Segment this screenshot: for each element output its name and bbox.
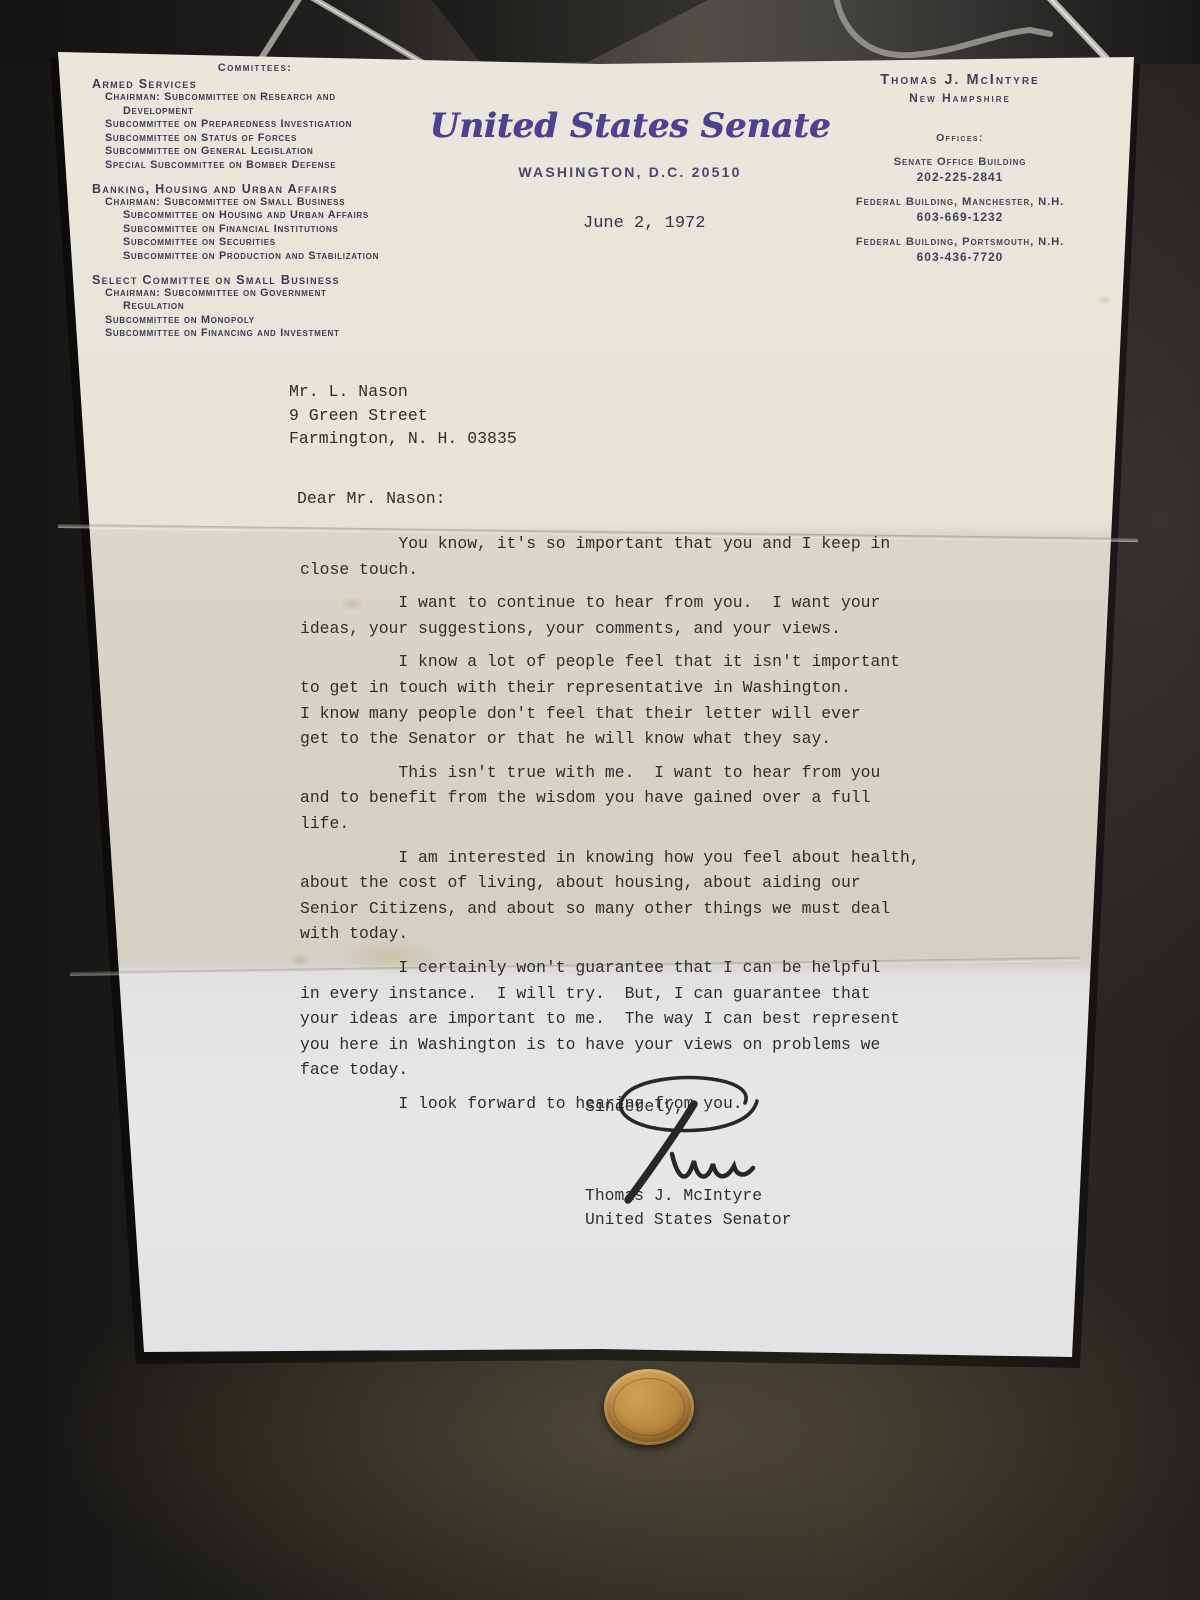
paragraph: I know a lot of people feel that it isn'… <box>300 649 944 751</box>
committee-group-title: Select Committee on Small Business <box>92 273 432 287</box>
senate-letterhead-title: United States Senate <box>400 106 860 146</box>
committee-line: Subcommittee on General Legislation <box>105 145 432 159</box>
committee-line: Subcommittee on Securities <box>123 236 432 250</box>
committee-group-title: Banking, Housing and Urban Affairs <box>92 182 432 196</box>
recipient-city: Farmington, N. H. 03835 <box>289 427 517 451</box>
office-phone: 202-225-2841 <box>828 170 1092 184</box>
offices-label: Offices: <box>828 132 1092 144</box>
office-name: Senate Office Building <box>828 156 1092 168</box>
recipient-name: Mr. L. Nason <box>289 380 517 404</box>
photo-of-letter: Committees: Armed Services Chairman: Sub… <box>0 0 1200 1600</box>
committee-group-armed-services: Armed Services Chairman: Subcommittee on… <box>78 77 432 173</box>
committee-line: Subcommittee on Financing and Investment <box>105 327 432 341</box>
committee-group-small-business: Select Committee on Small Business Chair… <box>78 273 432 341</box>
office-phone: 603-669-1232 <box>828 210 1092 224</box>
paragraph: This isn't true with me. I want to hear … <box>300 760 944 837</box>
committee-group-title: Armed Services <box>92 77 432 91</box>
signer-typed-title: United States Senator <box>585 1210 792 1229</box>
letterhead-committees-column: Committees: Armed Services Chairman: Sub… <box>78 62 432 350</box>
committee-line: Subcommittee on Housing and Urban Affair… <box>123 209 432 223</box>
committee-line: Subcommittee on Financial Institutions <box>123 223 432 237</box>
signer-typed-name: Thomas J. McIntyre <box>585 1186 762 1205</box>
recipient-address-block: Mr. L. Nason 9 Green Street Farmington, … <box>289 380 517 451</box>
senator-name: Thomas J. McIntyre <box>828 72 1092 88</box>
committees-label: Committees: <box>78 62 432 74</box>
paragraph: I am interested in knowing how you feel … <box>300 845 944 947</box>
office-phone: 603-436-7720 <box>828 250 1092 264</box>
office-name: Federal Building, Portsmouth, N.H. <box>828 236 1092 248</box>
office-entry: Federal Building, Manchester, N.H. 603-6… <box>828 196 1092 224</box>
office-entry: Federal Building, Portsmouth, N.H. 603-4… <box>828 236 1092 264</box>
penny-coin <box>604 1369 694 1445</box>
committee-line: Subcommittee on Preparedness Investigati… <box>105 118 432 132</box>
senator-state: New Hampshire <box>828 91 1092 105</box>
committee-line: Regulation <box>123 300 432 314</box>
committee-line: Subcommittee on Production and Stabiliza… <box>123 250 432 264</box>
committee-line: Chairman: Subcommittee on Small Business <box>105 196 432 210</box>
salutation: Dear Mr. Nason: <box>297 489 446 508</box>
committee-line: Development <box>123 105 432 119</box>
senate-letterhead-city: WASHINGTON, D.C. 20510 <box>400 164 860 180</box>
committee-line: Subcommittee on Status of Forces <box>105 132 432 146</box>
committee-line: Chairman: Subcommittee on Government <box>105 287 432 301</box>
office-entry: Senate Office Building 202-225-2841 <box>828 156 1092 184</box>
letter-date: June 2, 1972 <box>583 214 705 233</box>
office-name: Federal Building, Manchester, N.H. <box>828 196 1092 208</box>
committee-line: Subcommittee on Monopoly <box>105 314 432 328</box>
committee-group-banking: Banking, Housing and Urban Affairs Chair… <box>78 182 432 264</box>
letterhead-senator-column: Thomas J. McIntyre New Hampshire Offices… <box>828 72 1092 264</box>
recipient-street: 9 Green Street <box>289 404 517 428</box>
committee-line: Chairman: Subcommittee on Research and <box>105 91 432 105</box>
letter-body: You know, it's so important that you and… <box>300 531 944 1124</box>
committee-line: Special Subcommittee on Bomber Defense <box>105 159 432 173</box>
paragraph: You know, it's so important that you and… <box>300 531 944 582</box>
paragraph: I want to continue to hear from you. I w… <box>300 590 944 641</box>
